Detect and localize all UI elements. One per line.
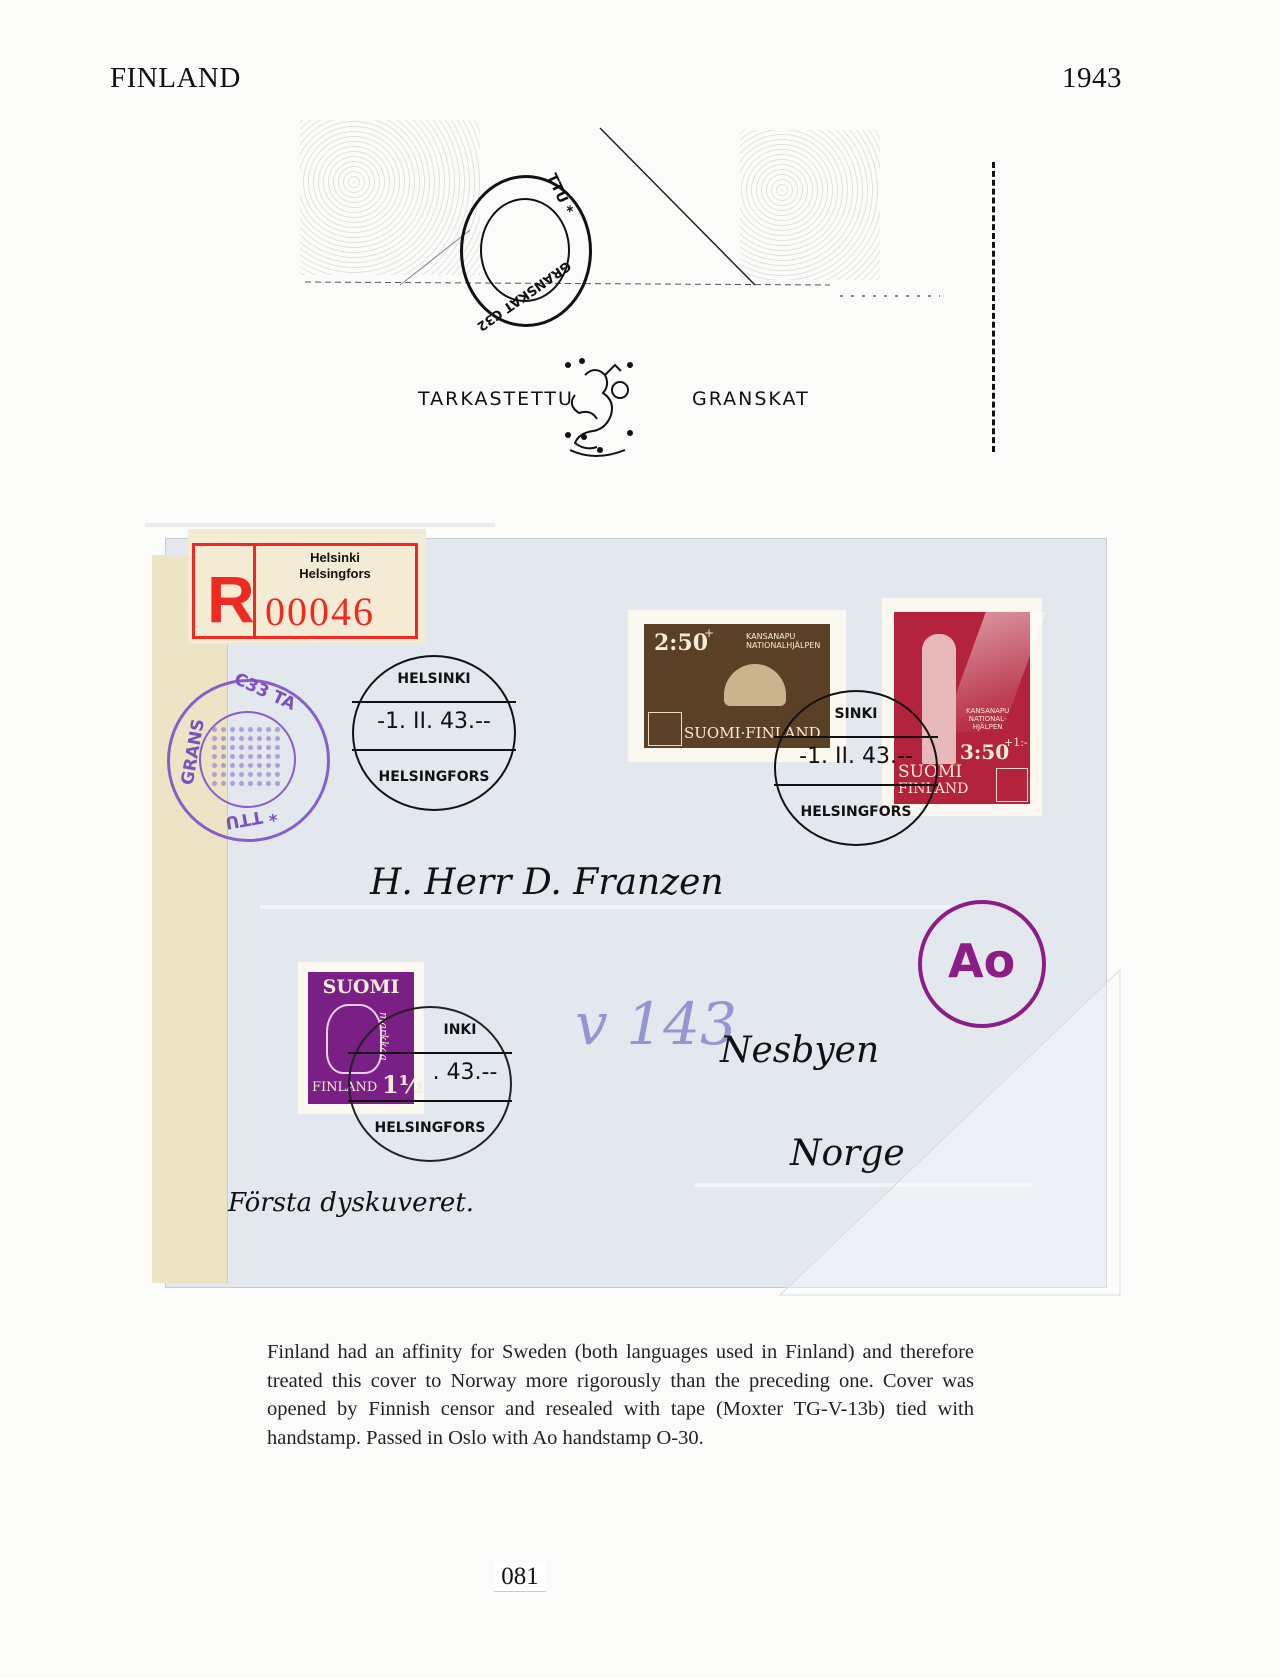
stamp-caption-line2: NATIONAL- <box>966 715 1009 723</box>
stamp-surcharge: + <box>704 626 714 640</box>
lion-emblem-icon <box>560 355 640 465</box>
postmark-helsinki-2: SINKI -1. II. 43.-- HELSINGFORS <box>774 690 938 846</box>
censor-reseal-tape <box>152 555 228 1283</box>
address-recipient: H. Herr D. Franzen <box>370 862 724 903</box>
registration-divider <box>253 546 256 636</box>
stamp-value: 2:50 <box>654 630 708 656</box>
mount-edge <box>145 523 495 527</box>
mount-corner <box>775 965 1125 1300</box>
stamp-surcharge: +1:- <box>1004 736 1028 749</box>
registration-city-fi: Helsinki <box>260 550 410 566</box>
postmark-date: -1. II. 43.-- <box>354 709 514 734</box>
address-rule <box>260 905 960 909</box>
postmark-city-top: SINKI <box>776 706 936 722</box>
registration-frame: R Helsinki Helsingfors 00046 <box>192 543 418 639</box>
postmark-city-bottom: HELSINGFORS <box>350 1120 510 1136</box>
stamp-caption-line1: KANSANAPU <box>966 707 1009 715</box>
sender-note: Första dyskuveret. <box>228 1188 474 1218</box>
stamp-value: 3:50 <box>960 740 1009 764</box>
postmark-city-top: HELSINKI <box>354 671 514 687</box>
cut-line <box>992 162 995 452</box>
registration-city: Helsinki Helsingfors <box>260 550 410 582</box>
page-number: 081 <box>494 1563 546 1592</box>
postmark-band <box>352 701 516 703</box>
stamp-caption-line1: KANSANAPU <box>746 632 820 641</box>
postmark-city-bottom: HELSINGFORS <box>354 769 514 785</box>
stamp-caption-line3: HJÄLPEN <box>966 723 1009 731</box>
cross-emblem-icon <box>996 768 1028 802</box>
postmark-band <box>348 1052 512 1054</box>
description-text: Finland had an affinity for Sweden (both… <box>267 1338 974 1452</box>
lion-emblem-icon <box>210 725 280 790</box>
postmark-band <box>352 749 516 751</box>
censor-label-finnish: TARKASTETTU <box>418 388 574 410</box>
stamp-country-top: SUOMI <box>308 976 414 998</box>
cross-emblem-icon <box>648 712 682 746</box>
page-title-year: 1943 <box>1062 62 1122 95</box>
pencil-marks: v 143 <box>575 990 737 1058</box>
postmark-date: . 43.-- <box>350 1060 510 1085</box>
censor-tape-sample: TTU * GRANSKAT C32 TARKASTETTU GRANSKAT <box>300 120 1000 460</box>
registration-letter: R <box>207 566 255 632</box>
postmark-city-top: INKI <box>350 1022 510 1038</box>
postmark-helsinki-1: HELSINKI -1. II. 43.-- HELSINGFORS <box>352 655 516 811</box>
postmark-helsinki-3: INKI . 43.-- HELSINGFORS <box>348 1006 512 1162</box>
stamp-caption-line2: NATIONALHJÄLPEN <box>746 641 820 650</box>
stamp-caption: KANSANAPU NATIONALHJÄLPEN <box>746 632 820 650</box>
postmark-band <box>348 1100 512 1102</box>
page-title-country: FINLAND <box>110 62 241 95</box>
postmark-city-bottom: HELSINGFORS <box>776 804 936 820</box>
registration-number: 00046 <box>265 588 375 635</box>
postmark-date: -1. II. 43.-- <box>776 744 936 769</box>
postmark-band <box>774 736 938 738</box>
censor-label-swedish: GRANSKAT <box>692 388 810 410</box>
helmet-icon <box>724 664 786 706</box>
registration-label: R Helsinki Helsingfors 00046 <box>188 529 426 644</box>
censor-tape-outline <box>300 120 1000 300</box>
postmark-band <box>774 784 938 786</box>
registration-city-sv: Helsingfors <box>260 566 410 582</box>
stamp-caption: KANSANAPU NATIONAL- HJÄLPEN <box>966 707 1009 731</box>
